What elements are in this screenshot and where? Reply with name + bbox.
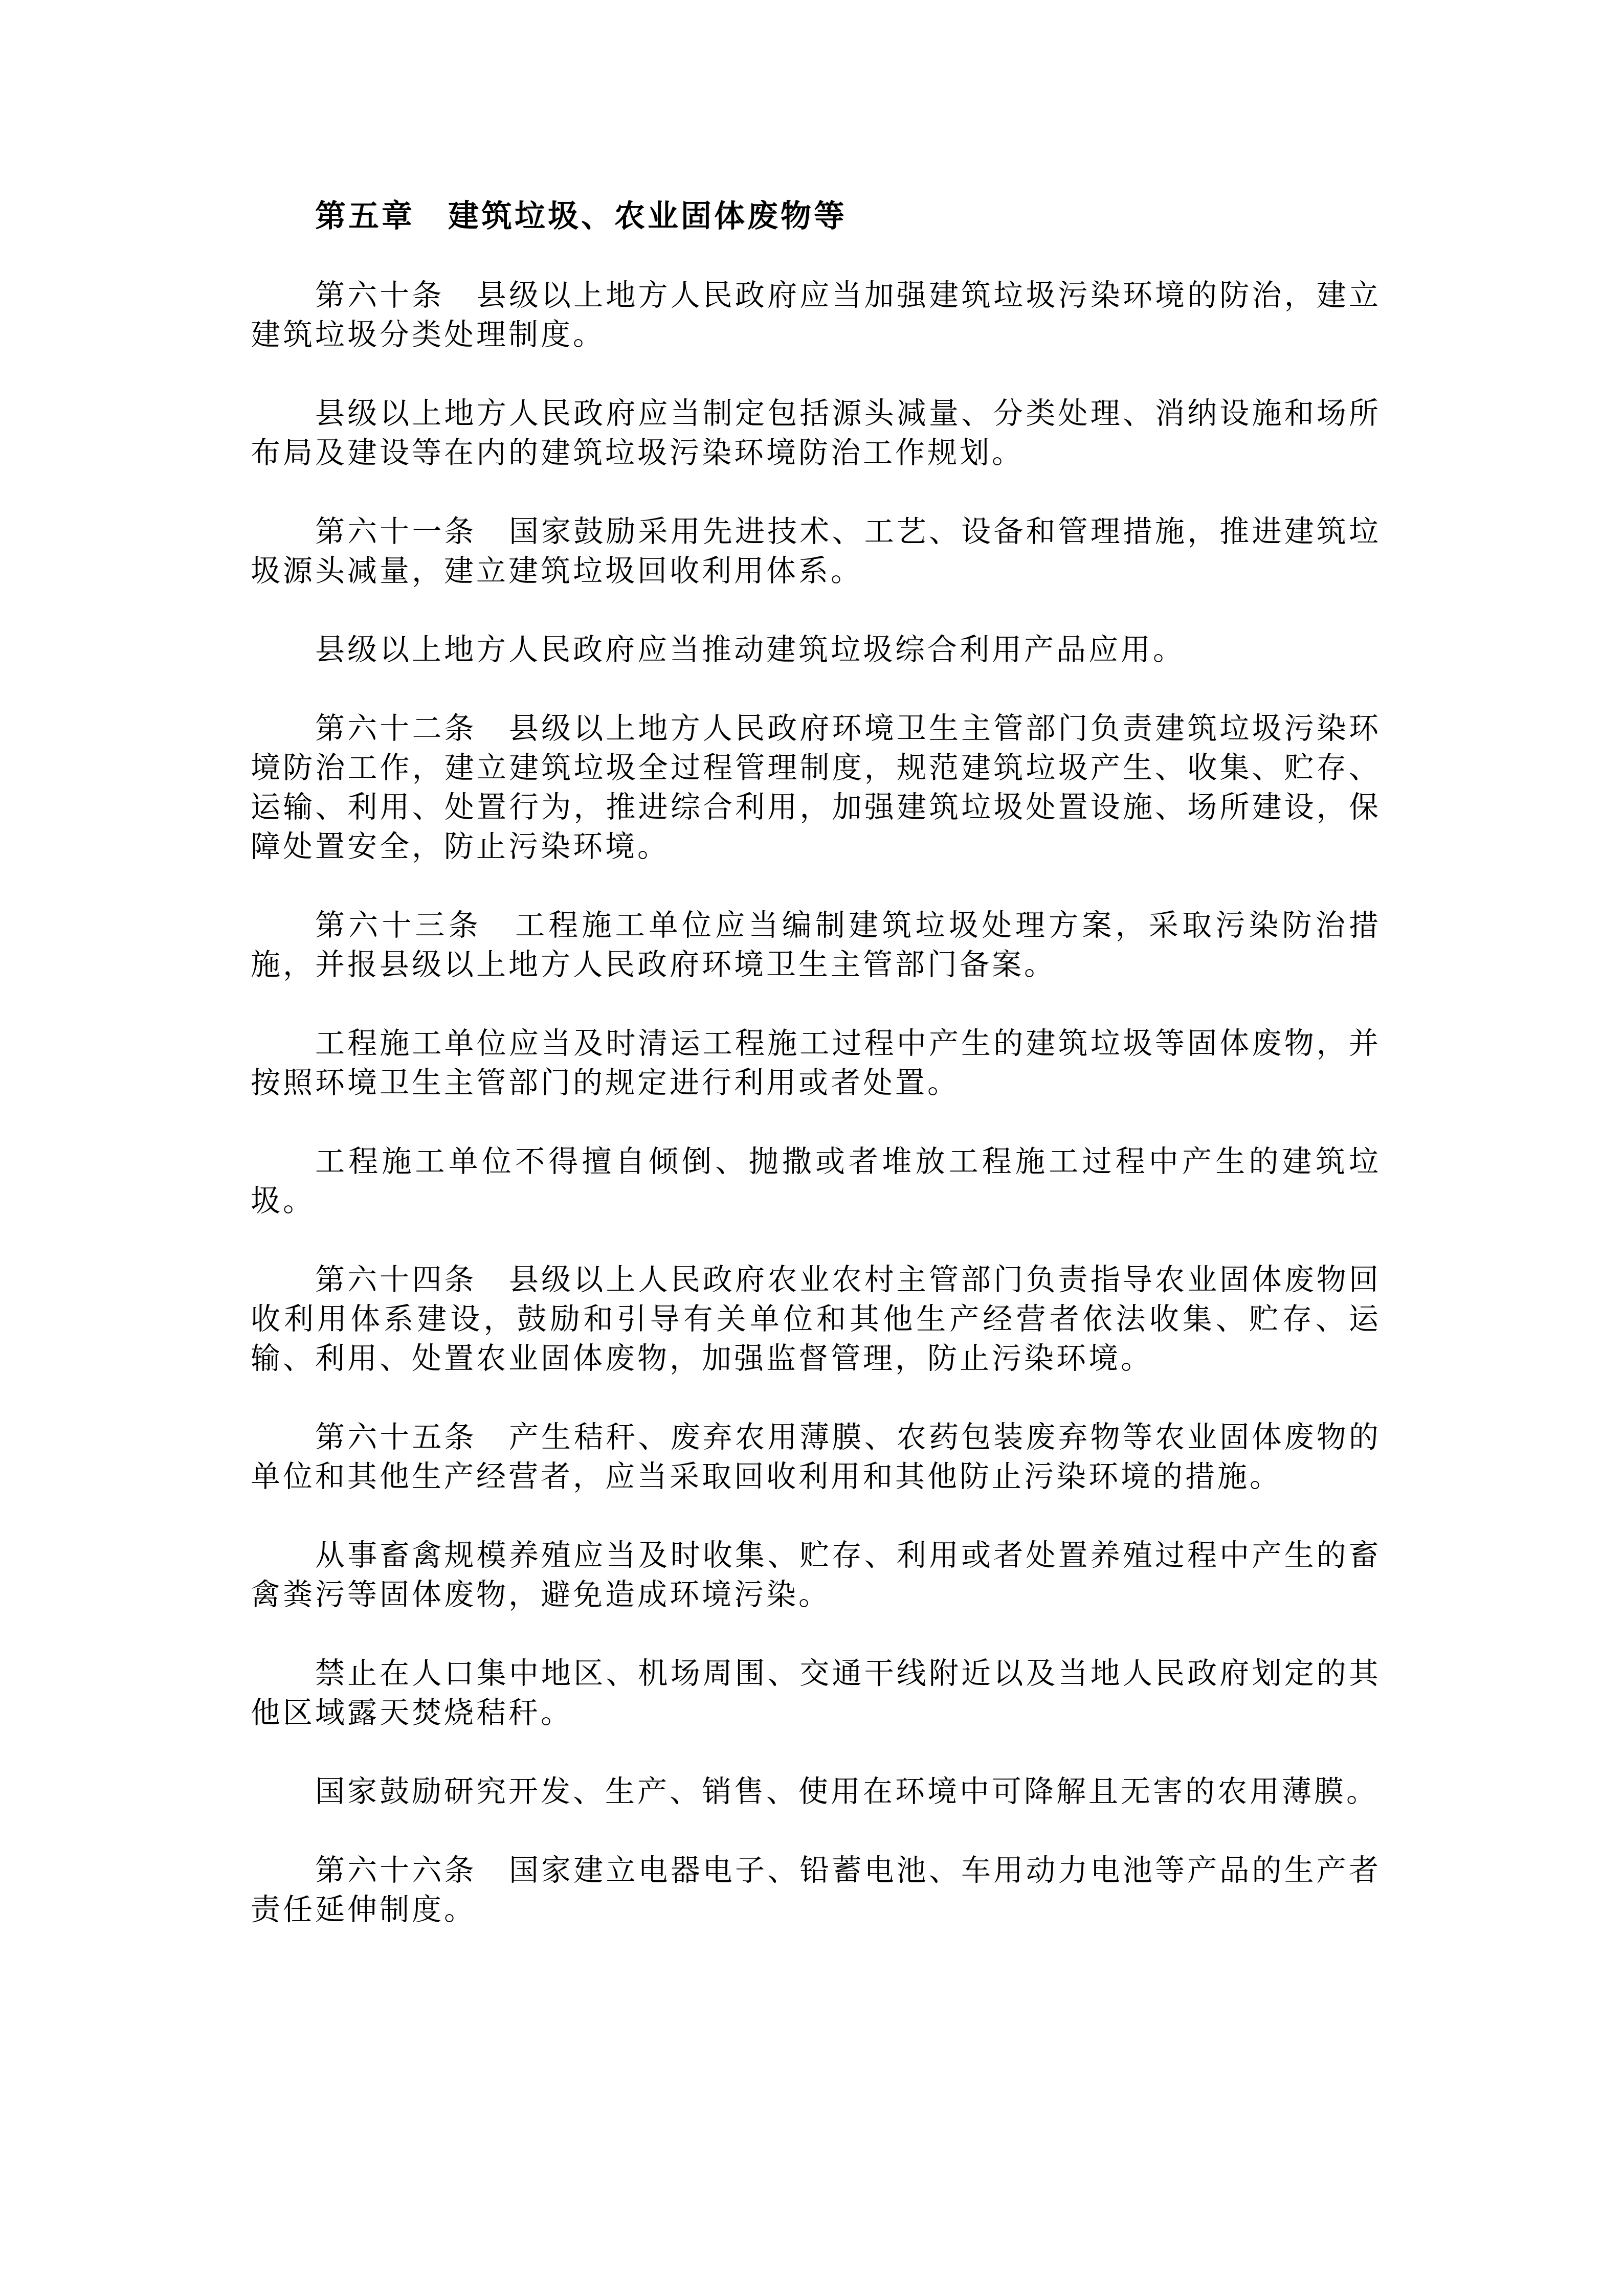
law-paragraph: 禁止在人口集中地区、机场周围、交通干线附近以及当地人民政府划定的其他区域露天焚烧… (251, 1654, 1381, 1732)
law-paragraph: 第六十条 县级以上地方人民政府应当加强建筑垃圾污染环境的防治，建立建筑垃圾分类处… (251, 276, 1381, 354)
law-paragraph: 第六十二条 县级以上地方人民政府环境卫生主管部门负责建筑垃圾污染环境防治工作，建… (251, 709, 1381, 866)
law-paragraph: 工程施工单位应当及时清运工程施工过程中产生的建筑垃圾等固体废物，并按照环境卫生主… (251, 1024, 1381, 1102)
law-paragraph: 县级以上地方人民政府应当推动建筑垃圾综合利用产品应用。 (251, 630, 1381, 669)
chapter-heading: 第五章 建筑垃圾、农业固体废物等 (251, 197, 1381, 236)
law-paragraph: 第六十一条 国家鼓励采用先进技术、工艺、设备和管理措施，推进建筑垃圾源头减量，建… (251, 512, 1381, 591)
law-paragraph: 第六十四条 县级以上人民政府农业农村主管部门负责指导农业固体废物回收利用体系建设… (251, 1260, 1381, 1378)
law-paragraph: 国家鼓励研究开发、生产、销售、使用在环境中可降解且无害的农用薄膜。 (251, 1772, 1381, 1811)
law-paragraph: 第六十五条 产生秸秆、废弃农用薄膜、农药包装废弃物等农业固体废物的单位和其他生产… (251, 1417, 1381, 1496)
law-paragraph: 从事畜禽规模养殖应当及时收集、贮存、利用或者处置养殖过程中产生的畜禽粪污等固体废… (251, 1536, 1381, 1614)
document-page: 第五章 建筑垃圾、农业固体废物等 第六十条 县级以上地方人民政府应当加强建筑垃圾… (0, 0, 1624, 2296)
law-paragraph: 第六十六条 国家建立电器电子、铅蓄电池、车用动力电池等产品的生产者责任延伸制度。 (251, 1851, 1381, 1929)
law-paragraph: 工程施工单位不得擅自倾倒、抛撒或者堆放工程施工过程中产生的建筑垃圾。 (251, 1142, 1381, 1221)
law-paragraph: 第六十三条 工程施工单位应当编制建筑垃圾处理方案，采取污染防治措施，并报县级以上… (251, 906, 1381, 984)
law-paragraph: 县级以上地方人民政府应当制定包括源头减量、分类处理、消纳设施和场所布局及建设等在… (251, 394, 1381, 472)
